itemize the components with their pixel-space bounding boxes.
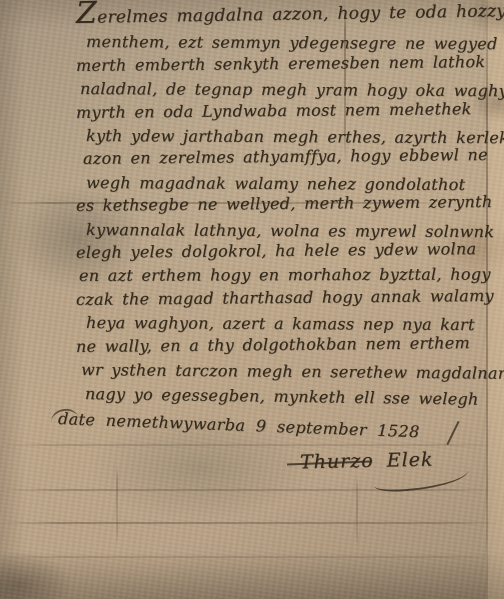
letter-line: es kethsegbe ne wellyed, merth zywem zer… xyxy=(76,190,502,217)
letter-line: myrth en oda Lyndwaba most nem mehethek xyxy=(76,97,502,124)
letter-line: czak the magad tharthasad hogy annak wal… xyxy=(76,284,502,311)
letter-line: nagy yo egessegben, mynketh ell sse wele… xyxy=(76,382,502,411)
signature-thurzo-elek: Thurzo Elek xyxy=(300,448,434,475)
letter-line: merth emberth senkyth eremesben nem lath… xyxy=(76,50,502,77)
letter-body: Zerelmes magdalna azzon, hogy te oda hoz… xyxy=(76,7,502,431)
letter-line: elegh yeles dolgokrol, ha hele es ydew w… xyxy=(76,237,502,264)
letter-line: wr ysthen tarczon megh en serethew magda… xyxy=(76,358,502,385)
manuscript-letter-photo: Zerelmes magdalna azzon, hogy te oda hoz… xyxy=(0,0,504,599)
letter-line: azon en zerelmes athyamffya, hogy ebbewl… xyxy=(76,143,502,170)
letter-line: ne wally, en a thy dolgothokban nem erth… xyxy=(76,331,502,358)
